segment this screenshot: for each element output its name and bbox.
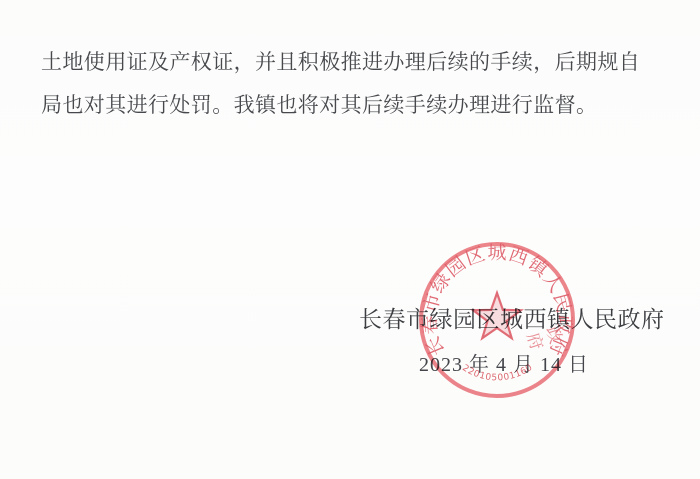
document-page: 土地使用证及产权证，并且积极推进办理后续的手续，后期规自 局也对其进行处罚。我镇… <box>0 0 700 479</box>
body-paragraph: 土地使用证及产权证，并且积极推进办理后续的手续，后期规自 局也对其进行处罚。我镇… <box>41 41 671 127</box>
official-seal: 长春市绿园区城西镇人民政府 政 府 2201050011608 <box>417 240 577 400</box>
body-text-line-1: 土地使用证及产权证，并且积极推进办理后续的手续，后期规自 <box>41 41 671 84</box>
svg-text:府: 府 <box>523 330 546 352</box>
body-text-line-2: 局也对其进行处罚。我镇也将对其后续手续办理进行监督。 <box>41 84 671 127</box>
seal-star-icon <box>473 293 521 338</box>
